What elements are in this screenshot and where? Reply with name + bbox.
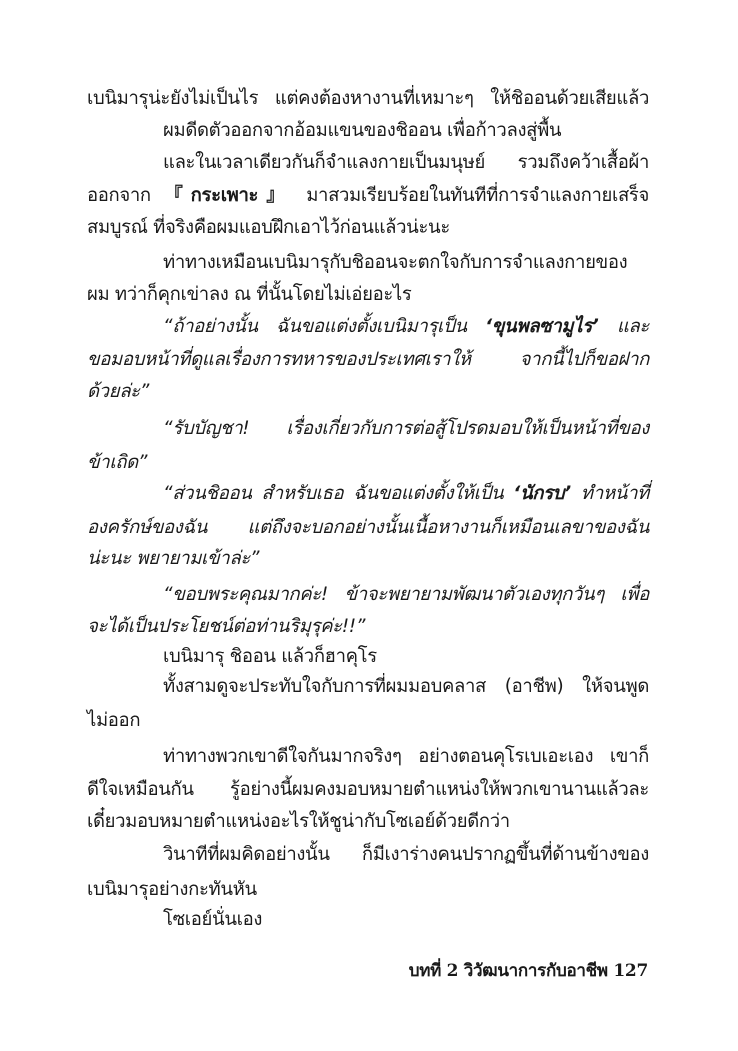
text-line-2: ผมดีดตัวออกจากอ้อมแขนของชิออน เพื่อก้าวล… [163, 116, 649, 146]
text-line-18: เบนิมารุ ชิออน แล้วก็ฮาคุโร [163, 642, 649, 672]
text-line-3: และในเวลาเดียวกันก็จำแลงกายเป็นมนุษย์ รว… [163, 148, 649, 178]
page-footer: บทที่ 2 วิวัฒนาการกับอาชีพ 127 [370, 957, 648, 985]
book-page: เบนิมารุน่ะยังไม่เป็นไร แต่คงต้องหางานที… [0, 0, 738, 1051]
text-line-5: สมบูรณ์ ที่จริงคือผมแอบฝึกเอาไว้ก่อนแล้ว… [87, 213, 649, 243]
text-line-23: เดี๋ยวมอบหมายตำแหน่งอะไรให้ชูน่ากับโซเอย… [87, 807, 649, 837]
text-span: ทำหน้าที่ [571, 483, 649, 504]
bold-term-stomach: 『กระเพาะ』 [164, 185, 292, 206]
text-span: ออกจาก [87, 185, 164, 206]
text-line-1: เบนิมารุน่ะยังไม่เป็นไร แต่คงต้องหางานที… [87, 84, 649, 114]
text-line-9: ขอมอบหน้าที่ดูแลเรื่องการทหารของประเทศเร… [87, 345, 649, 375]
text-line-17: จะได้เป็นประโยชน์ต่อท่านริมุรุค่ะ!!” [87, 612, 649, 642]
text-line-8: “ถ้าอย่างนั้น ฉันขอแต่งตั้งเบนิมารุเป็น … [163, 312, 649, 342]
text-line-22: ดีใจเหมือนกัน รู้อย่างนี้ผมคงมอบหมายตำแห… [87, 775, 649, 805]
text-line-14: องครักษ์ของฉัน แต่ถึงจะบอกอย่างนั้นเนื้อ… [87, 513, 649, 543]
text-line-7: ผม ทว่าก็คุกเข่าลง ณ ที่นั้นโดยไม่เอ่ยอะ… [87, 280, 649, 310]
text-line-4: ออกจาก 『กระเพาะ』 มาสวมเรียบร้อยในทันทีที… [87, 181, 649, 211]
text-line-10: ด้วยล่ะ” [87, 377, 649, 407]
bold-term-warrior: ‘นักรบ’ [513, 483, 570, 504]
text-span: “ถ้าอย่างนั้น ฉันขอแต่งตั้งเบนิมารุเป็น [163, 316, 485, 337]
text-line-13: “ส่วนชิออน สำหรับเธอ ฉันขอแต่งตั้งให้เป็… [163, 479, 649, 509]
text-line-6: ท่าทางเหมือนเบนิมารุกับชิออนจะตกใจกับการ… [163, 248, 649, 278]
text-line-26: โซเอย์นั่นเอง [163, 905, 649, 935]
text-line-19: ทั้งสามดูจะประทับใจกับการที่ผมมอบคลาส (อ… [163, 672, 649, 702]
text-line-11: “รับบัญชา! เรื่องเกี่ยวกับการต่อสู้โปรดม… [163, 414, 649, 444]
text-line-25: เบนิมารุอย่างกะทันหัน [87, 875, 649, 905]
text-line-24: วินาทีที่ผมคิดอย่างนั้น ก็มีเงาร่างคนปรา… [163, 840, 649, 870]
text-span: และ [599, 316, 650, 337]
text-line-16: “ขอบพระคุณมากค่ะ! ข้าจะพยายามพัฒนาตัวเอง… [163, 580, 649, 610]
text-line-12: ข้าเถิด” [87, 448, 649, 478]
page-number: 127 [613, 961, 648, 981]
text-line-20: ไม่ออก [87, 706, 649, 736]
text-line-21: ท่าทางพวกเขาดีใจกันมากจริงๆ อย่างตอนคุโร… [163, 742, 649, 772]
text-span: มาสวมเรียบร้อยในทันทีที่การจำแลงกายเสร็จ [293, 185, 649, 206]
text-line-15: น่ะนะ พยายามเข้าล่ะ” [87, 544, 649, 574]
chapter-label: บทที่ 2 วิวัฒนาการกับอาชีพ [409, 961, 608, 981]
bold-term-samurai-general: ‘ขุนพลซามูไร’ [485, 316, 598, 337]
text-span: “ส่วนชิออน สำหรับเธอ ฉันขอแต่งตั้งให้เป็… [163, 483, 513, 504]
